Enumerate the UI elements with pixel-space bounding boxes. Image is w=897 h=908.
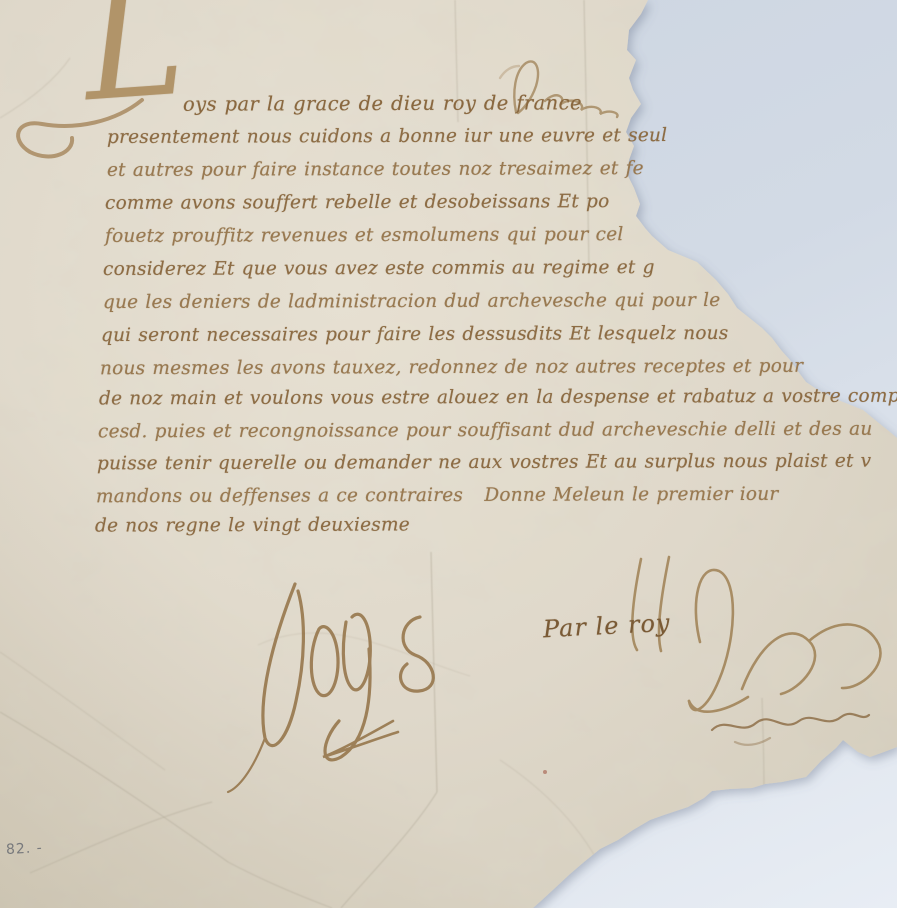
parchment-graphic (0, 0, 897, 908)
photograph-of-parchment-letter: L oys par la grace de dieu roy de france… (0, 0, 897, 908)
ink-speck (543, 770, 547, 774)
archival-number-pencil: 82. - (6, 840, 44, 858)
parchment-texture (0, 0, 897, 908)
initial-letter-L: L (79, 0, 189, 123)
